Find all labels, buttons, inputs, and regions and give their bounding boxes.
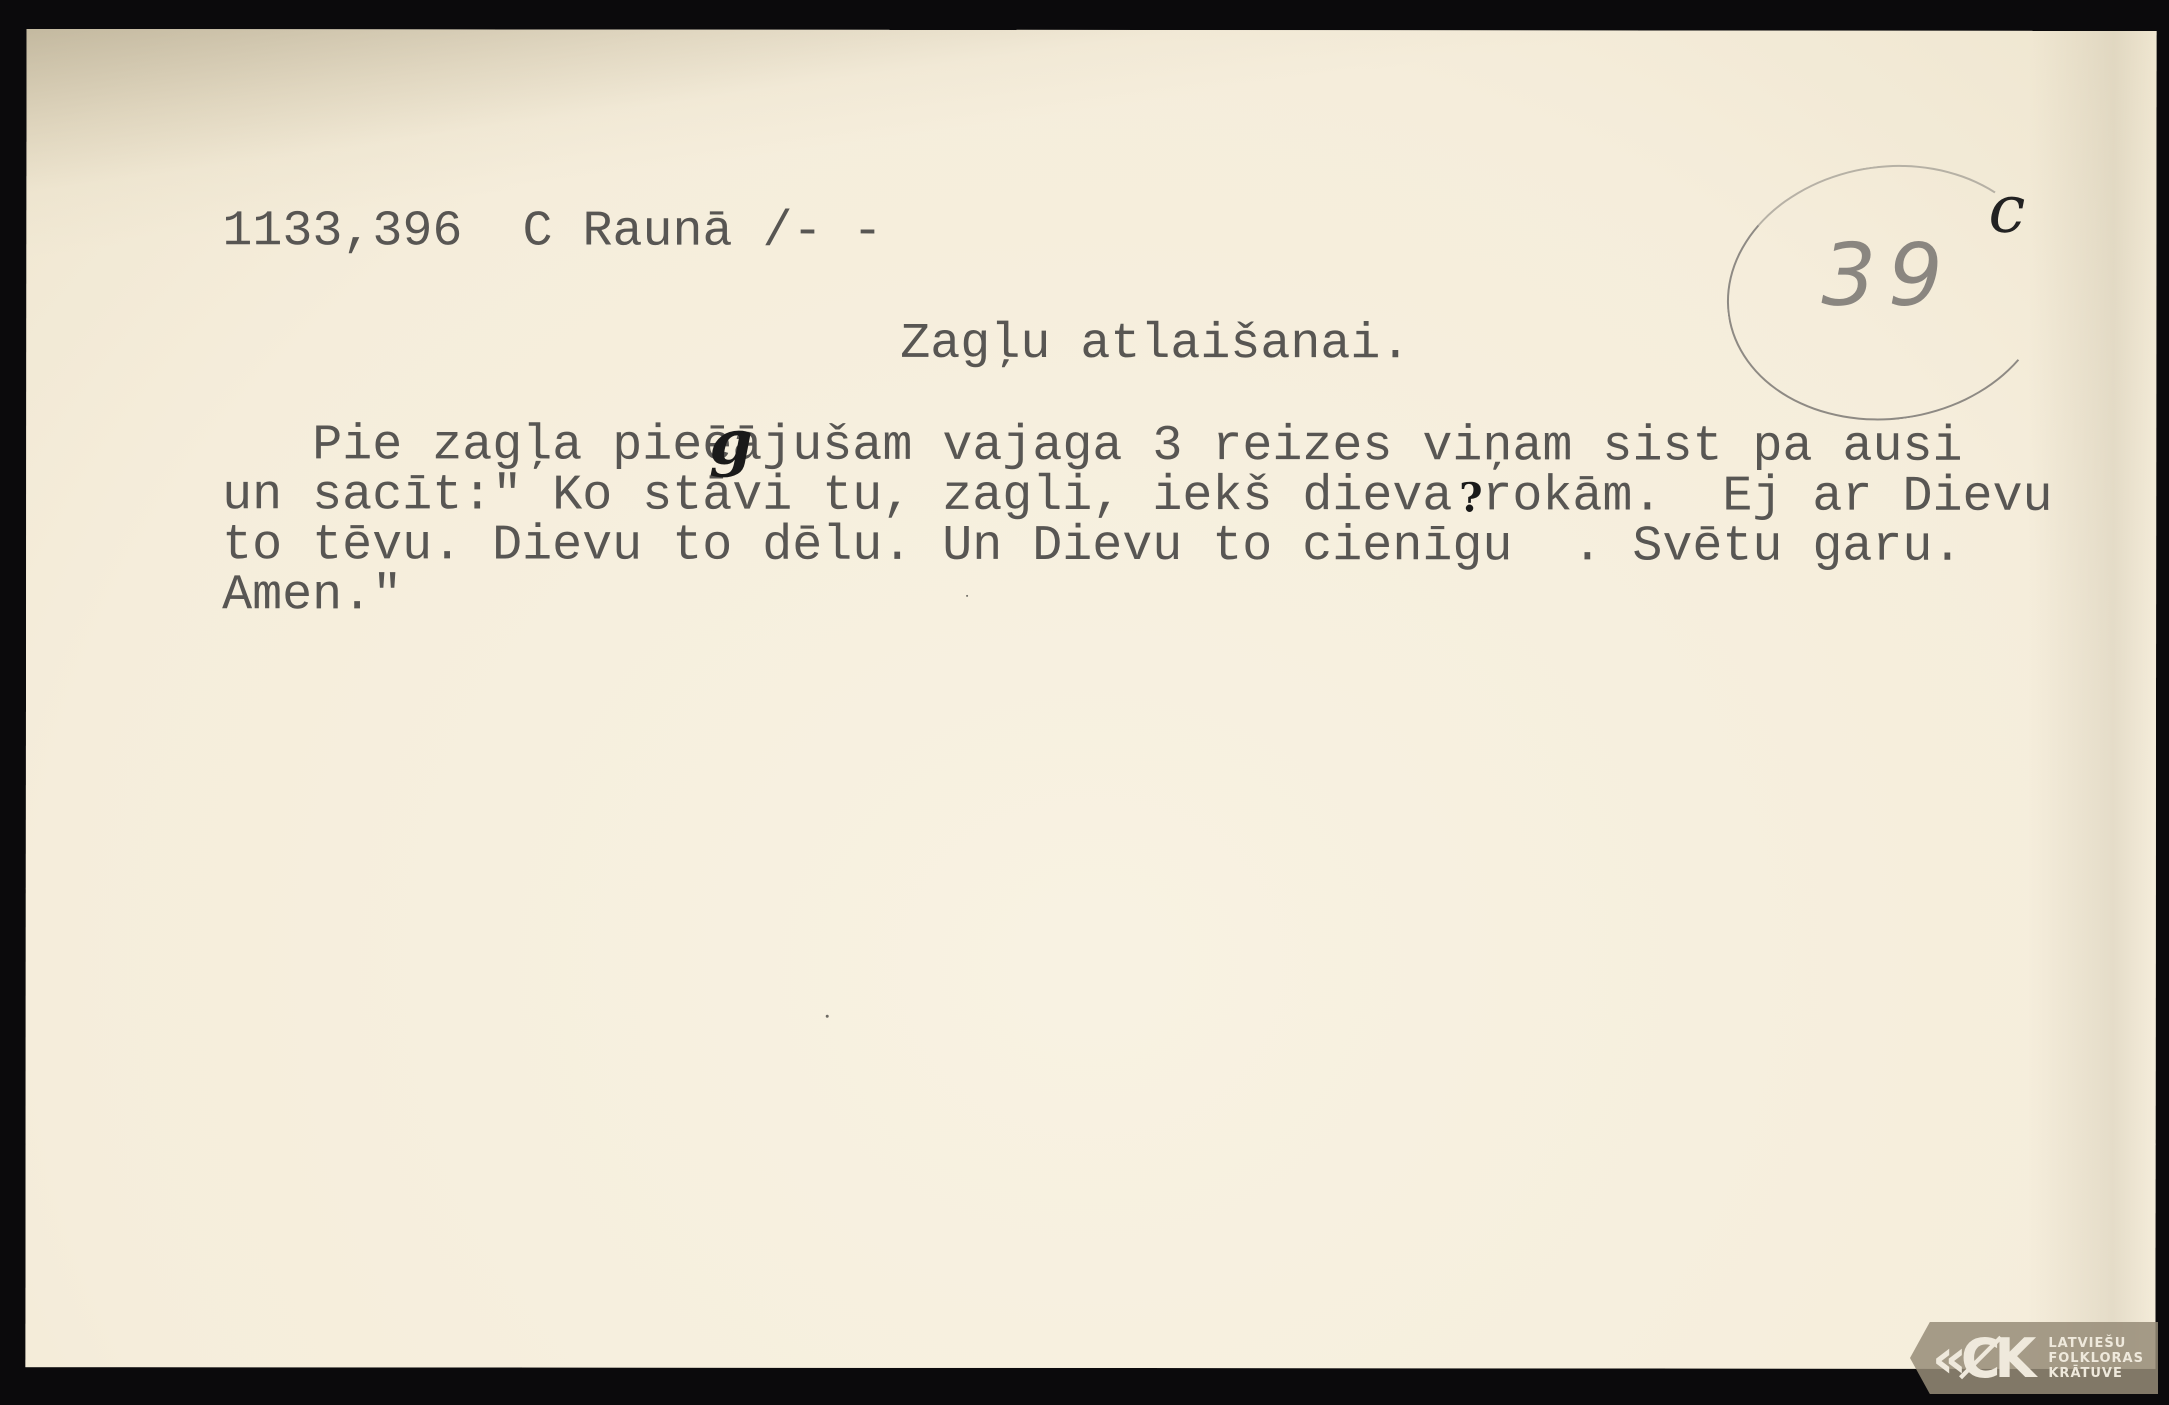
body-line: Pie zagļa pieēājušam vajaga 3 reizes viņ… [222,421,1962,473]
logo-line-3: KRĀTUVE [2048,1366,2144,1381]
paper-speck [826,1015,829,1018]
handwritten-g-correction: g [709,406,752,479]
collector-code: C [522,204,552,261]
body-line: to tēvu. Dievu to dēlu. Un Dievu to cien… [222,521,1962,573]
logo-text: LATVIEŠU FOLKLORAS KRĀTUVE [2048,1336,2144,1381]
reference-number: 1133,396 [222,203,462,260]
lfk-logo: «ȻK LATVIEŠU FOLKLORAS KRĀTUVE [1910,1322,2158,1394]
card-title: Zagļu atlaišanai. [900,320,1410,370]
card-header: 1133,396 C Raunā /- - [222,207,882,258]
body-line: Amen." [222,571,402,621]
place-name: Raunā [582,204,732,261]
handwritten-question-mark: ? [1459,474,1482,521]
lfk-logo-mark-icon: «ȻK [1932,1327,2030,1390]
header-suffix: /- - [763,204,883,261]
logo-line-1: LATVIEŠU [2048,1336,2144,1351]
pencil-number: 39 [1821,226,1955,326]
logo-line-2: FOLKLORAS [2048,1351,2144,1366]
body-line: un sacīt:" Ko stāvi tu, zagli, iekš diev… [222,471,2052,523]
pen-letter-annotation: c [1988,171,2025,248]
archive-card: 1133,396 C Raunā /- - Zagļu atlaišanai. … [25,29,2156,1369]
paper-speck [966,595,968,597]
